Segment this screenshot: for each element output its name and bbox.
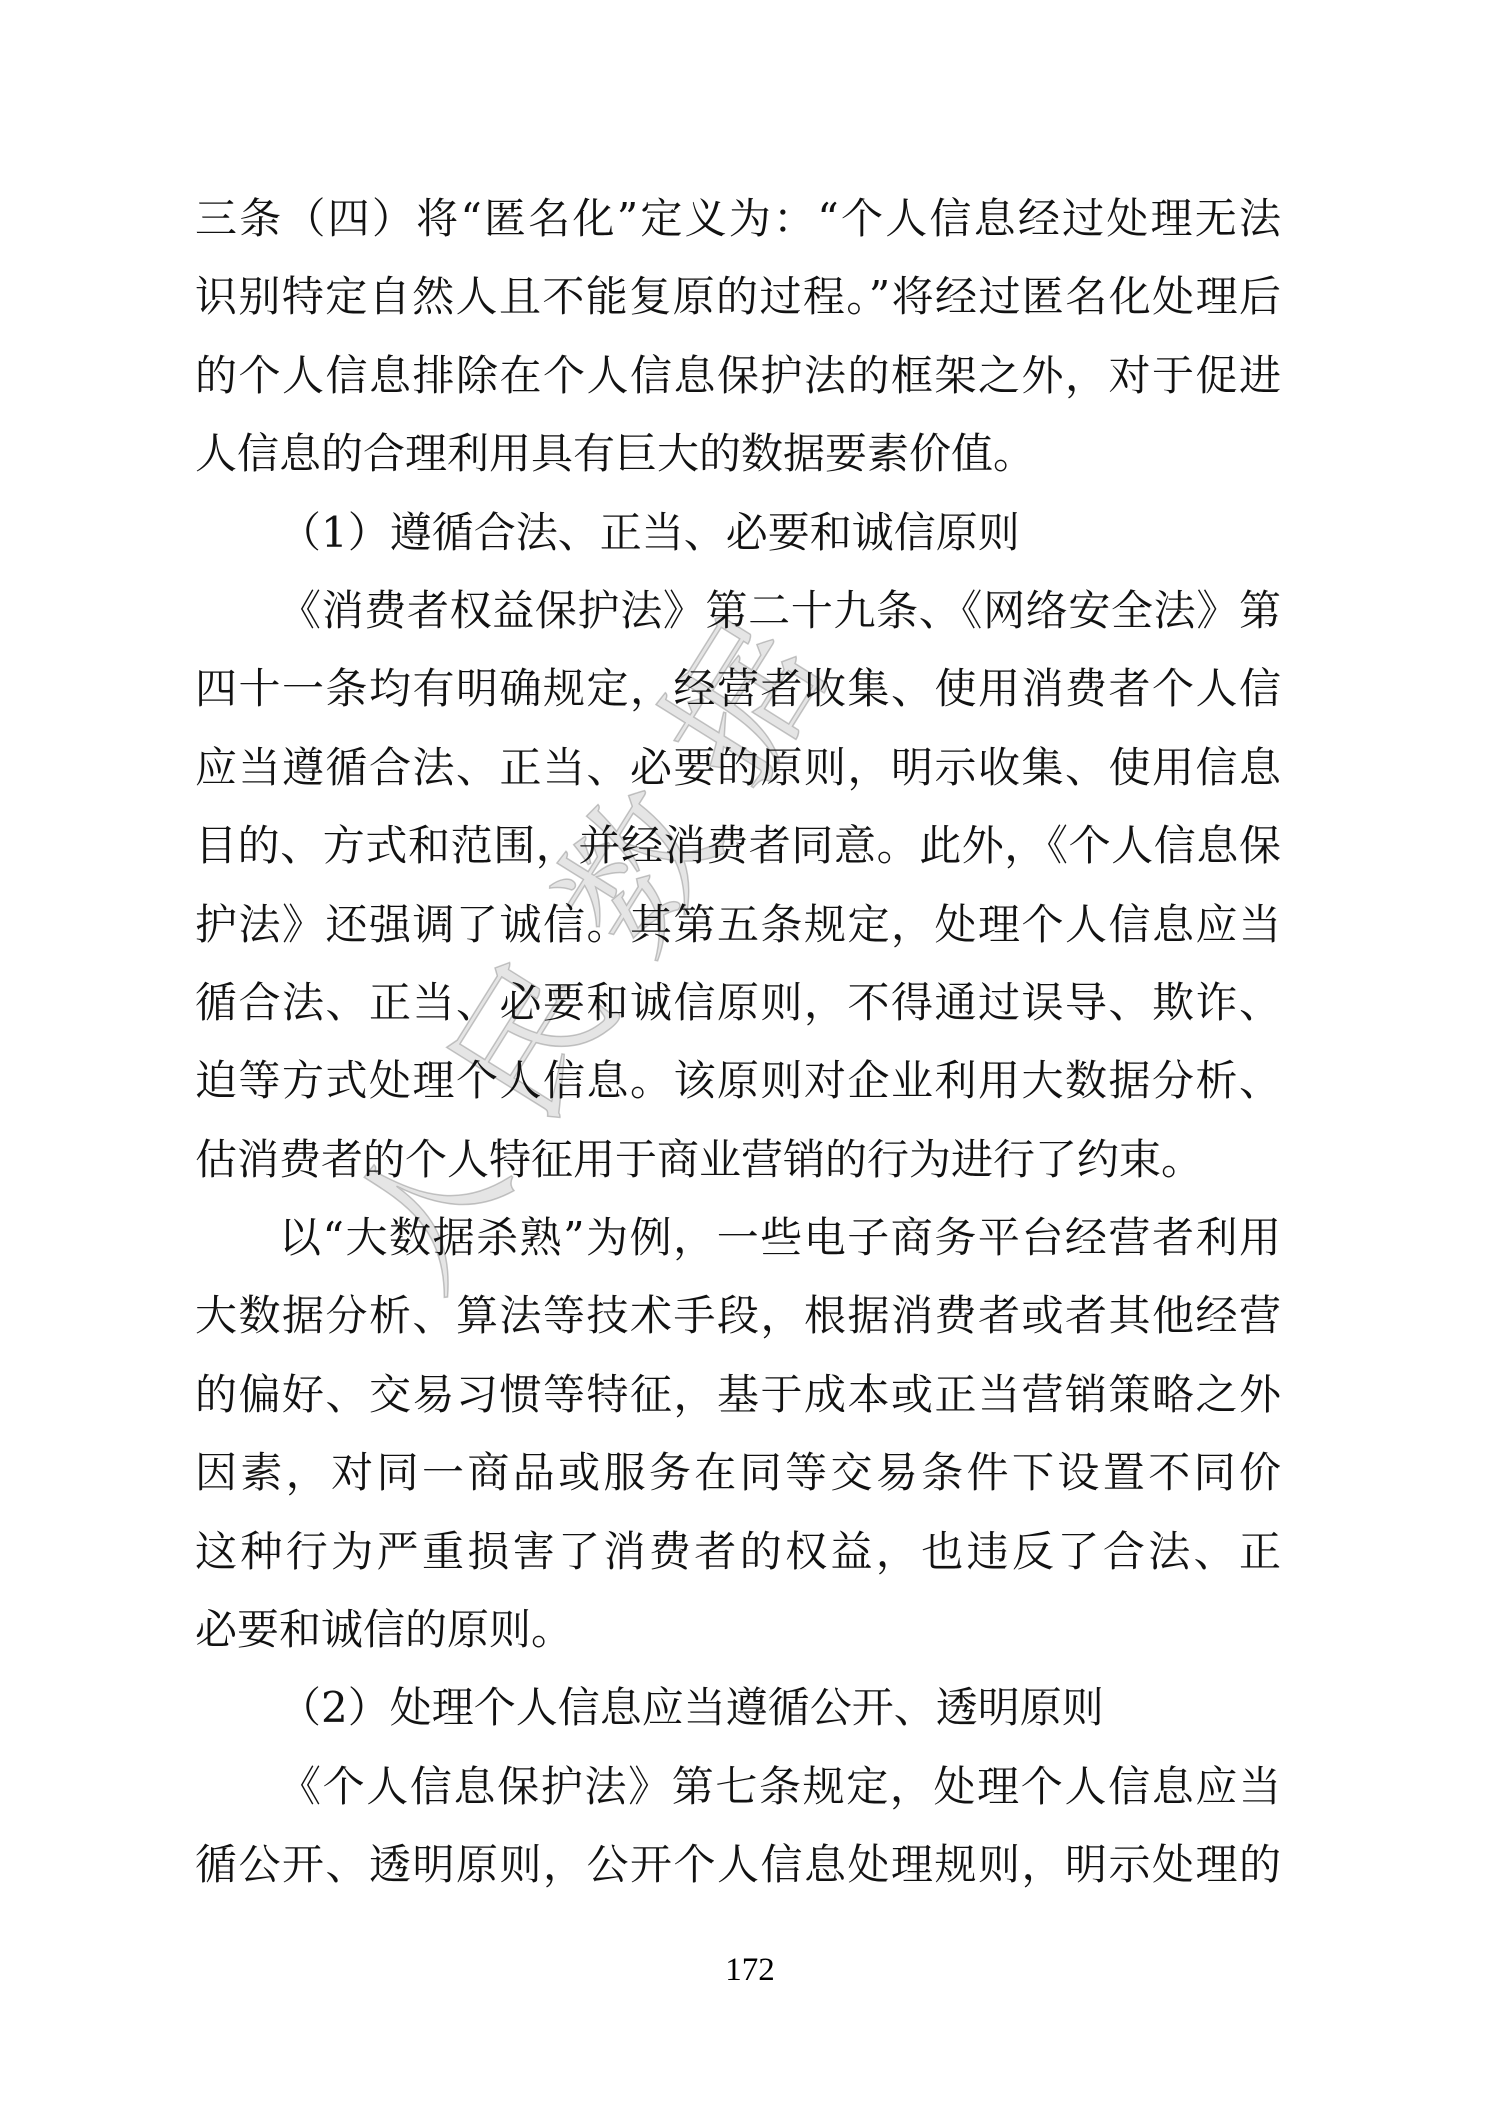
text-line: （1）遵循合法、正当、必要和诚信原则 bbox=[195, 494, 1281, 572]
text-line: （2）处理个人信息应当遵循公开、透明原则 bbox=[195, 1669, 1281, 1747]
text-line: 应当遵循合法、正当、必要的原则，明示收集、使用信息的 bbox=[195, 729, 1281, 807]
text-line: 三条（四）将“匿名化”定义为：“个人信息经过处理无法 bbox=[195, 180, 1281, 258]
text-line: 护法》还强调了诚信。其第五条规定，处理个人信息应当遵 bbox=[195, 886, 1281, 964]
text-line: 迫等方式处理个人信息。该原则对企业利用大数据分析、评 bbox=[195, 1042, 1281, 1120]
text-line: 识别特定自然人且不能复原的过程。”将经过匿名化处理后 bbox=[195, 258, 1281, 336]
text-line: 的个人信息排除在个人信息保护法的框架之外，对于促进个 bbox=[195, 337, 1281, 415]
text-line: 人信息的合理利用具有巨大的数据要素价值。 bbox=[195, 415, 1281, 493]
text-line: 必要和诚信的原则。 bbox=[195, 1591, 1281, 1669]
text-line: 的偏好、交易习惯等特征，基于成本或正当营销策略之外的 bbox=[195, 1356, 1281, 1434]
text-line: 以“大数据杀熟”为例，一些电子商务平台经营者利用 bbox=[195, 1199, 1281, 1277]
text-line: 《消费者权益保护法》第二十九条、《网络安全法》第 bbox=[195, 572, 1281, 650]
body-text-block: 三条（四）将“匿名化”定义为：“个人信息经过处理无法识别特定自然人且不能复原的过… bbox=[195, 180, 1281, 1905]
text-line: 循合法、正当、必要和诚信原则，不得通过误导、欺诈、胁 bbox=[195, 964, 1281, 1042]
document-page: 人民数据 三条（四）将“匿名化”定义为：“个人信息经过处理无法识别特定自然人且不… bbox=[0, 0, 1500, 2121]
text-line: 大数据分析、算法等技术手段，根据消费者或者其他经营者 bbox=[195, 1277, 1281, 1355]
text-line: 因素，对同一商品或服务在同等交易条件下设置不同价格。 bbox=[195, 1434, 1281, 1512]
text-line: 目的、方式和范围，并经消费者同意。此外，《个人信息保 bbox=[195, 807, 1281, 885]
text-line: 循公开、透明原则，公开个人信息处理规则，明示处理的目 bbox=[195, 1826, 1281, 1904]
text-line: 《个人信息保护法》第七条规定，处理个人信息应当遵 bbox=[195, 1748, 1281, 1826]
text-line: 这种行为严重损害了消费者的权益，也违反了合法、正当、 bbox=[195, 1513, 1281, 1591]
page-number: 172 bbox=[0, 1952, 1500, 1989]
text-line: 四十一条均有明确规定，经营者收集、使用消费者个人信息， bbox=[195, 650, 1281, 728]
text-line: 估消费者的个人特征用于商业营销的行为进行了约束。 bbox=[195, 1121, 1281, 1199]
